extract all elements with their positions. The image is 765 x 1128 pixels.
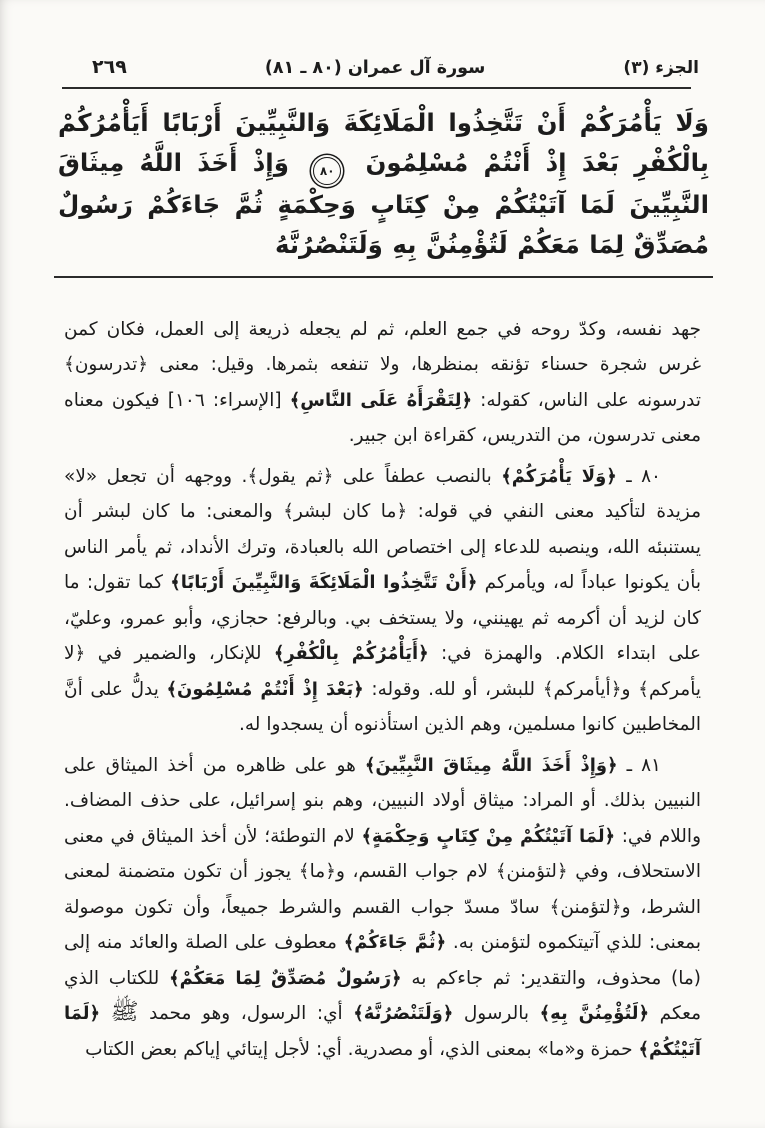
quran-inline-quote: ﴿أَنْ تَتَّخِذُوا الْمَلَائِكَةَ وَالنَّ… bbox=[170, 572, 477, 593]
quran-inline-quote: ﴿وَإِذْ أَخَذَ اللَّهُ مِيثَاقَ النَّبِي… bbox=[365, 755, 618, 776]
commentary-run: أي: الرسول، وهو محمد bbox=[139, 1003, 354, 1024]
commentary-run: ٨٠ ـ bbox=[617, 466, 661, 487]
commentary-run: ٨١ ـ bbox=[618, 755, 661, 776]
surah-title: سورة آل عمران (٨٠ ـ ٨١) bbox=[265, 58, 485, 78]
body-paragraph: جهد نفسه، وكدّ روحه في جمع العلم، ثم لم … bbox=[64, 312, 701, 454]
ayah-number: ٨٠ bbox=[320, 165, 335, 177]
verse-divider bbox=[54, 276, 713, 278]
ayah-end-marker: ٨٠ bbox=[313, 157, 341, 185]
quran-inline-quote: ﴿وَلَتَنْصُرُنَّهُ﴾ bbox=[353, 1003, 453, 1024]
body-paragraph: ٨٠ ـ ﴿وَلَا يَأْمُرَكُمْ﴾ بالنصب عطفاً ع… bbox=[64, 459, 701, 743]
quran-inline-quote: ﴿أَيَأْمُرُكُمْ بِالْكُفْرِ﴾ bbox=[274, 643, 429, 664]
quran-inline-quote: ﴿لِتَقْرَأَهُ عَلَى النَّاسِ﴾ bbox=[290, 390, 472, 411]
quran-inline-quote: ﴿ثُمَّ جَاءَكُمْ﴾ bbox=[344, 932, 446, 953]
commentary-run: بالرسول bbox=[453, 1003, 539, 1024]
quran-inline-quote: ﴿بَعْدَ إِذْ أَنْتُمْ مُسْلِمُونَ﴾ bbox=[167, 679, 364, 700]
quran-inline-quote: ﴿لَمَا آتَيْتُكُمْ مِنْ كِتَابٍ وَحِكْمَ… bbox=[361, 826, 615, 847]
header-divider bbox=[62, 87, 691, 89]
page-header: الجزء (٣) سورة آل عمران (٨٠ ـ ٨١) ٢٦٩ bbox=[0, 0, 765, 78]
quran-verse-block: وَلَا يَأْمُرَكُمْ أَنْ تَتَّخِذُوا الْم… bbox=[58, 103, 709, 266]
page-number: ٢٦٩ bbox=[92, 56, 127, 78]
quran-inline-quote: ﴿وَلَا يَأْمُرَكُمْ﴾ bbox=[501, 466, 617, 487]
commentary-run bbox=[100, 1003, 111, 1024]
sallallahu-alayhi-wasallam-ligature: ﷺ bbox=[111, 999, 139, 1025]
commentary-text: جهد نفسه، وكدّ روحه في جمع العلم، ثم لم … bbox=[64, 312, 701, 1068]
juz-label: الجزء (٣) bbox=[623, 58, 699, 78]
quran-inline-quote: ﴿لَتُؤْمِنُنَّ بِهِ﴾ bbox=[540, 1003, 649, 1024]
body-paragraph: ٨١ ـ ﴿وَإِذْ أَخَذَ اللَّهُ مِيثَاقَ الن… bbox=[64, 748, 701, 1068]
commentary-run: حمزة و«ما» بمعنى الذي، أو مصدرية. أي: لأ… bbox=[85, 1039, 638, 1060]
quran-inline-quote: ﴿رَسُولٌ مُصَدِّقٌ لِمَا مَعَكُمْ﴾ bbox=[169, 968, 402, 989]
book-page: الجزء (٣) سورة آل عمران (٨٠ ـ ٨١) ٢٦٩ وَ… bbox=[0, 0, 765, 1128]
